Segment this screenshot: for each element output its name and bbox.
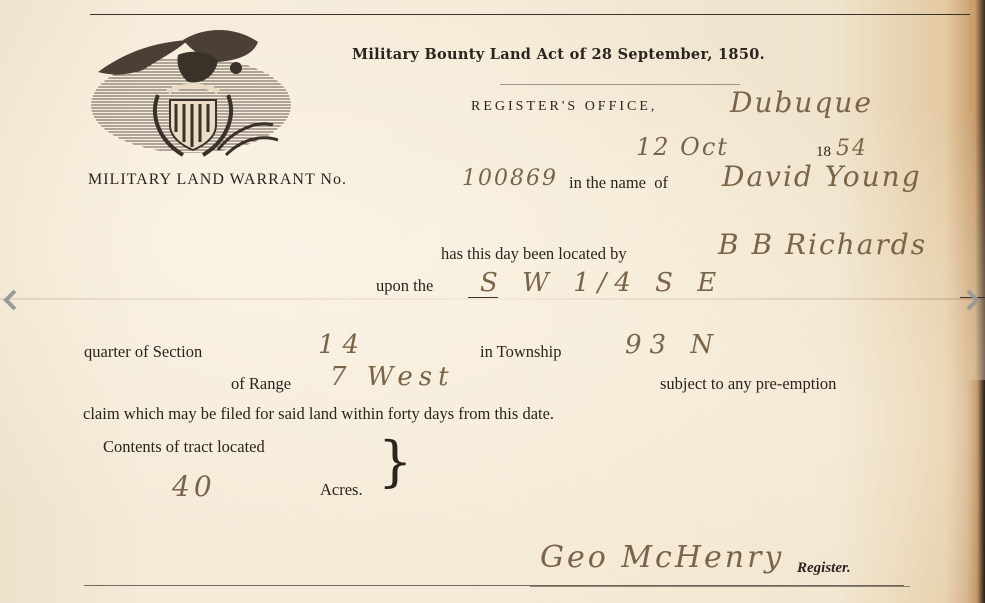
chevron-right-icon <box>966 289 980 311</box>
section-value: 14 <box>318 330 367 360</box>
range-label: of Range <box>231 374 291 394</box>
edge-stain <box>967 380 985 603</box>
township-label: in Township <box>480 342 562 362</box>
located-by-label: has this day been located by <box>441 244 627 264</box>
contents-of-tract-label: Contents of tract located <box>103 437 265 457</box>
township-value: 93 N <box>625 330 721 360</box>
office-rule <box>500 84 740 85</box>
top-rule <box>90 14 970 15</box>
office-location: Dubuque <box>730 86 873 119</box>
date-day-month: 12 Oct <box>636 133 729 161</box>
register-signature: Geo McHenry <box>540 540 784 575</box>
warrantee-name: David Young <box>722 160 922 193</box>
register-label: Register. <box>797 560 851 577</box>
date-year-printed: 18 <box>816 144 831 161</box>
registers-office-label: REGISTER'S OFFICE, <box>471 99 657 115</box>
locator-name: B B Richards <box>718 228 927 261</box>
eagle-shield-emblem-icon <box>88 20 293 160</box>
preemption-text-line-2: claim which may be filed for said land w… <box>83 404 554 424</box>
military-land-warrant-label: MILITARY LAND WARRANT No. <box>88 171 347 189</box>
range-value: 7 West <box>330 362 455 392</box>
preemption-text-line-1: subject to any pre-emption <box>660 374 836 394</box>
warrant-number: 100869 <box>462 166 558 191</box>
brace-glyph: } <box>378 435 412 489</box>
chevron-left-icon <box>3 289 17 311</box>
next-image-button[interactable] <box>963 287 983 313</box>
previous-image-button[interactable] <box>0 287 20 313</box>
acres-value: 40 <box>172 470 216 503</box>
act-title: Military Bounty Land Act of 28 September… <box>352 46 765 63</box>
upon-the-label: upon the <box>376 276 433 296</box>
acres-label: Acres. <box>320 480 363 500</box>
quarter-value: S W 1/4 S E <box>480 268 724 298</box>
fold-crease <box>0 298 985 300</box>
signature-line <box>530 586 910 587</box>
date-year-handwritten: 54 <box>836 136 868 161</box>
in-the-name-of-label: in the name of <box>569 173 668 193</box>
quarter-of-section-label: quarter of Section <box>84 342 202 362</box>
